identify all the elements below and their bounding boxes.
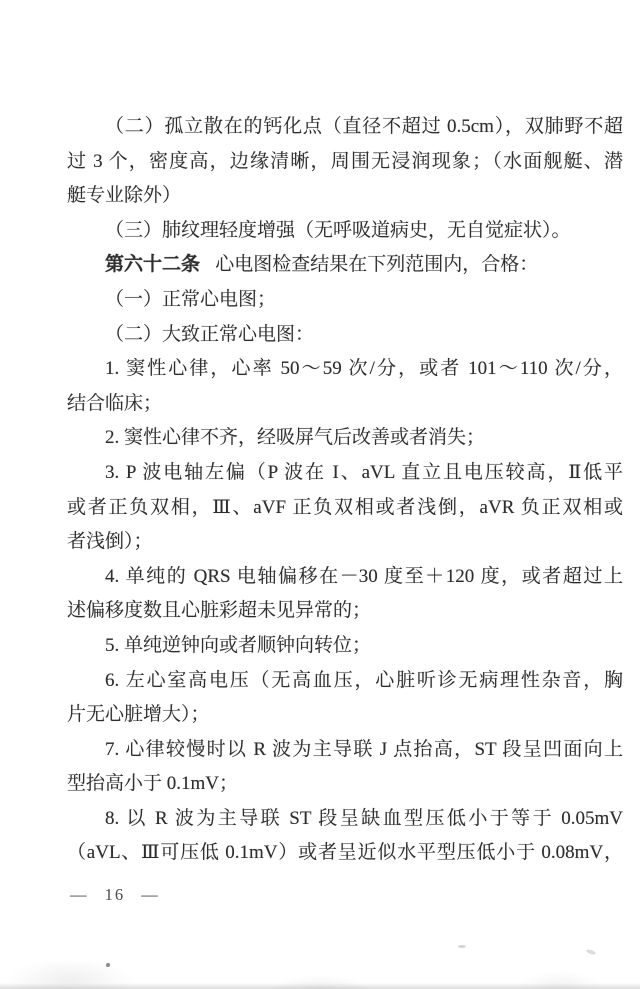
text-line: 型抬高小于 0.1mV； <box>67 767 623 802</box>
text-line: 者浅倒）； <box>67 525 623 560</box>
text-line: 结合临床； <box>67 387 623 422</box>
text-line: 第六十二条心电图检查结果在下列范围内，合格： <box>67 248 623 283</box>
sub-item-5-rotation: 5. 单纯逆钟向或者顺钟向转位； <box>67 629 623 664</box>
text-line: 或者正负双相，Ⅲ、aVF 正负双相或者浅倒，aVR 负正双相或 <box>67 491 623 526</box>
document-text-block: （二）孤立散在的钙化点（直径不超过 0.5cm），双肺野不超 过 3 个，密度高… <box>67 110 623 871</box>
text-line: 1. 窦性心律，心率 50～59 次/分，或者 101～110 次/分， <box>67 352 623 387</box>
sub-item-1-sinus-rhythm: 1. 窦性心律，心率 50～59 次/分，或者 101～110 次/分， 结合临… <box>67 352 623 421</box>
sub-item-8-st-depression: 8. 以 R 波为主导联 ST 段呈缺血型压低小于等于 0.05mV （aVL、… <box>67 802 623 871</box>
clause-2-calcification-points: （二）孤立散在的钙化点（直径不超过 0.5cm），双肺野不超 过 3 个，密度高… <box>67 110 623 214</box>
sub-item-2-sinus-arrhythmia: 2. 窦性心律不齐，经吸屏气后改善或者消失； <box>67 421 623 456</box>
scanned-document-page: （二）孤立散在的钙化点（直径不超过 0.5cm），双肺野不超 过 3 个，密度高… <box>0 0 640 989</box>
scan-bottom-edge-shadow <box>0 983 640 989</box>
text-line: 艇专业除外） <box>67 179 623 214</box>
text-line: 述偏移度数且心脏彩超未见异常的； <box>67 594 623 629</box>
article-number: 第六十二条 <box>105 254 200 275</box>
page-number: — 16 — <box>70 883 160 907</box>
text-line: 5. 单纯逆钟向或者顺钟向转位； <box>67 629 623 664</box>
text-line: 4. 单纯的 QRS 电轴偏移在－30 度至＋120 度，或者超过上 <box>67 560 623 595</box>
scan-smudge-artifact <box>586 948 597 955</box>
text-line: 过 3 个，密度高，边缘清晰，周围无浸润现象；（水面舰艇、潜 <box>67 145 623 180</box>
text-line: 2. 窦性心律不齐，经吸屏气后改善或者消失； <box>67 421 623 456</box>
text-line: （三）肺纹理轻度增强（无呼吸道病史，无自觉症状）。 <box>67 214 623 249</box>
text-line: 7. 心律较慢时以 R 波为主导联 J 点抬高，ST 段呈凹面向上 <box>67 733 623 768</box>
text-line: （一）正常心电图； <box>67 283 623 318</box>
article-title-text: 心电图检查结果在下列范围内，合格： <box>215 254 538 275</box>
text-line: （aVL、Ⅲ可压低 0.1mV）或者呈近似水平型压低小于 0.08mV， <box>67 836 623 871</box>
text-line: （二）孤立散在的钙化点（直径不超过 0.5cm），双肺野不超 <box>67 110 623 145</box>
text-line: 6. 左心室高电压（无高血压，心脏听诊无病理性杂音，胸 <box>67 664 623 699</box>
text-line: 8. 以 R 波为主导联 ST 段呈缺血型压低小于等于 0.05mV <box>67 802 623 837</box>
text-line: （二）大致正常心电图： <box>67 318 623 353</box>
sub-item-7-j-point-elevation: 7. 心律较慢时以 R 波为主导联 J 点抬高，ST 段呈凹面向上 型抬高小于 … <box>67 733 623 802</box>
text-line: 3. P 波电轴左偏（P 波在 I、aVL 直立且电压较高，Ⅱ低平 <box>67 456 623 491</box>
text-line: 片无心脏增大）； <box>67 698 623 733</box>
sub-item-3-p-wave-axis-deviation: 3. P 波电轴左偏（P 波在 I、aVL 直立且电压较高，Ⅱ低平 或者正负双相… <box>67 456 623 560</box>
article-62-heading: 第六十二条心电图检查结果在下列范围内，合格： <box>67 248 623 283</box>
scan-smudge-artifact <box>458 945 466 948</box>
sub-item-6-lv-high-voltage: 6. 左心室高电压（无高血压，心脏听诊无病理性杂音，胸 片无心脏增大）； <box>67 664 623 733</box>
item-2-roughly-normal-ecg: （二）大致正常心电图： <box>67 318 623 353</box>
sub-item-4-qrs-axis-shift: 4. 单纯的 QRS 电轴偏移在－30 度至＋120 度，或者超过上 述偏移度数… <box>67 560 623 629</box>
clause-3-lung-markings: （三）肺纹理轻度增强（无呼吸道病史，无自觉症状）。 <box>67 214 623 249</box>
scan-speck-artifact <box>106 963 110 967</box>
item-1-normal-ecg: （一）正常心电图； <box>67 283 623 318</box>
